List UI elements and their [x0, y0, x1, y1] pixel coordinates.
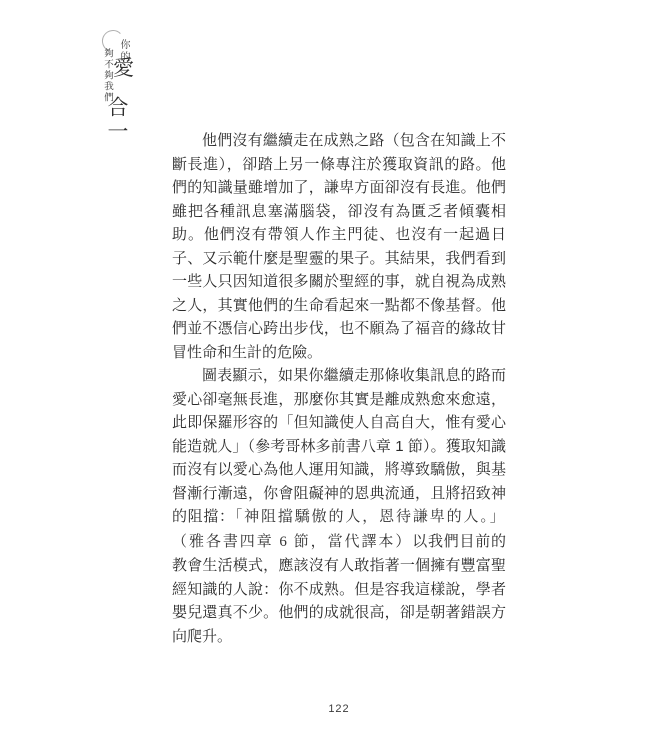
- book-title-logo: 你的 愛 夠不夠我們 合一: [95, 28, 141, 140]
- body-segment: 他們沒有繼續走在成熟之路（包含在知識上不斷長進），卻踏上另一條專注於獲取資訊的路…: [172, 132, 506, 361]
- title-part-love: 愛: [113, 58, 134, 79]
- body-segment: 圖表顯示，如果你繼續走那條收集訊息的路而愛心卻毫無長進，那麼你其實是離成熟愈來愈…: [172, 367, 506, 525]
- body-text: 他們沒有繼續走在成熟之路（包含在知識上不斷長進），卻踏上另一條專注於獲取資訊的路…: [172, 129, 506, 648]
- paragraph: 他們沒有繼續走在成熟之路（包含在知識上不斷長進），卻踏上另一條專注於獲取資訊的路…: [172, 129, 506, 364]
- paragraph: 圖表顯示，如果你繼續走那條收集訊息的路而愛心卻毫無長進，那麼你其實是離成熟愈來愈…: [172, 364, 506, 648]
- title-part-enough-for-us: 夠不夠我們: [100, 48, 114, 103]
- book-page: 你的 愛 夠不夠我們 合一 他們沒有繼續走在成熟之路（包含在知識上不斷長進），卻…: [0, 0, 650, 750]
- page-number: 122: [172, 703, 506, 715]
- title-part-unity: 合一: [106, 96, 127, 144]
